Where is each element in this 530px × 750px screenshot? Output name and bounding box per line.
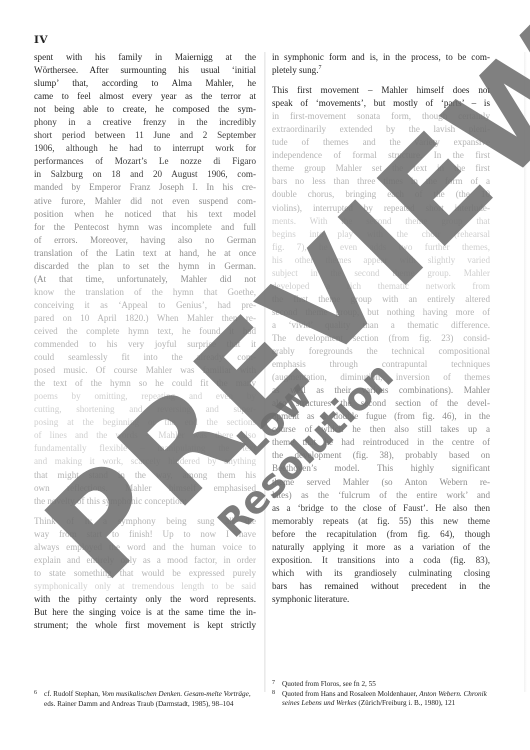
text-line: in Salzburg on 18 and 20 August 1906, co… bbox=[34, 168, 256, 181]
footnote-mark: 6 bbox=[34, 689, 40, 708]
text-line: also structures the second section of th… bbox=[272, 397, 490, 410]
text-line: extraordinarily extended by the lavish p… bbox=[272, 123, 490, 136]
text-line: posing at the beginning or the end the s… bbox=[34, 416, 256, 429]
text-line: bars has remained without precedent in t… bbox=[272, 580, 490, 593]
text-line: conceiving it as ‘Appeal to Genius’, had… bbox=[34, 299, 256, 312]
footnote-text: Quoted from Hans and Rosaleen Moldenhaue… bbox=[282, 690, 490, 709]
text-line: phony in a creative frenzy in the incred… bbox=[34, 116, 256, 129]
right-text-column: in symphonic form and is, in the process… bbox=[272, 51, 490, 606]
text-line: bars no less than three times in the for… bbox=[272, 175, 490, 188]
text-line: own reflections. Mahler himself emphasis… bbox=[34, 482, 256, 495]
footnote-mark: 8 bbox=[272, 689, 278, 708]
text-line: position when he noticed that his text m… bbox=[34, 208, 256, 221]
page-number: IV bbox=[34, 34, 48, 46]
text-line: The development section (from fig. 23) c… bbox=[272, 332, 490, 345]
text-line: the development (fig. 38), probably base… bbox=[272, 449, 490, 462]
footnote-reference[interactable]: 7 bbox=[318, 65, 321, 71]
text-line: tude of themes and the variety expansive bbox=[272, 136, 490, 149]
text-line: of errors. Moreover, having also no Germ… bbox=[34, 234, 256, 247]
footnote-text-part: Quoted from Hans and Rosaleen Moldenhaue… bbox=[282, 690, 419, 698]
text-line: exposition. It transitions into a coda (… bbox=[272, 554, 490, 567]
text-line: symphonic literature. bbox=[272, 593, 490, 606]
text-line: lates) as the ‘fulcrum of the entire wor… bbox=[272, 489, 490, 502]
footnote-text: Quoted from Floros, see fn 2, 55 bbox=[282, 680, 490, 690]
footnote-text: cf. Rudolf Stephan, Vom musikalischen De… bbox=[44, 690, 256, 709]
quote-line: symphonically only at tremendous length … bbox=[34, 580, 256, 593]
text-line: commended to his very joyful surprise th… bbox=[34, 338, 256, 351]
text-line: in first-movement sonata form, though ce… bbox=[272, 110, 490, 123]
text-line: his other themes appear with slightly va… bbox=[272, 254, 490, 267]
footnote-text-part: (Zürich/Freiburg i. B., 1980), 121 bbox=[357, 699, 456, 707]
text-line: memorably repeats (at fig. 55) this new … bbox=[272, 515, 490, 528]
text-line: subject in the second theme group. Mahle… bbox=[272, 267, 490, 280]
text-line-content: pletely sung. bbox=[272, 65, 318, 75]
text-line: pared on 10 April 1820.) When Mahler the… bbox=[34, 312, 256, 325]
text-line: which with its grandiosely culminating c… bbox=[272, 567, 490, 580]
text-line: Beethoven’s model. This highly significa… bbox=[272, 462, 490, 475]
text-line: performances of Mozart’s Le nozze di Fig… bbox=[34, 155, 256, 168]
column-divider bbox=[264, 52, 266, 692]
page-edge-shadow bbox=[524, 52, 527, 692]
text-line: posed music. Of course Mahler was famili… bbox=[34, 364, 256, 377]
footnotes-right: 7 Quoted from Floros, see fn 2, 55 8 Quo… bbox=[272, 680, 490, 709]
quote-line: But here the singing voice is at the sam… bbox=[34, 606, 256, 619]
text-line: the text of the hymn so he could fit the… bbox=[34, 377, 256, 390]
text-line: ments. With the second theme group that bbox=[272, 215, 490, 228]
text-line: (At that time, unfortunately, Mahler did… bbox=[34, 273, 256, 286]
text-line: slump’ that, according to Alma Mahler, h… bbox=[34, 77, 256, 90]
text-line: speak of ‘movements’, but mostly of ‘par… bbox=[272, 97, 490, 110]
text-line: know the translation of the hymn that Go… bbox=[34, 286, 256, 299]
quote-line: always employed the word and the human v… bbox=[34, 541, 256, 554]
text-line: came to feel almost every year as the te… bbox=[34, 90, 256, 103]
quote-line: with the pithy certainty only the word r… bbox=[34, 593, 256, 606]
text-line: course of which he then also still takes… bbox=[272, 423, 490, 436]
text-line: a ‘vivid’ quality than a thematic differ… bbox=[272, 319, 490, 332]
block-quote: Think of it: a symphony being sung all t… bbox=[34, 515, 256, 632]
text-line: cutting, shortening and reversing and su… bbox=[34, 403, 256, 416]
text-line: second theme group, but nothing having m… bbox=[272, 306, 490, 319]
quote-line: Think of it: a symphony being sung all t… bbox=[34, 515, 256, 528]
text-line: pletely sung.7 bbox=[272, 64, 490, 77]
text-line: opment as a double fugue (from fig. 46),… bbox=[272, 410, 490, 423]
text-line: for the Pentecost hymn was incomplete an… bbox=[34, 221, 256, 234]
text-line: Wörthersee. After surmounting his usual … bbox=[34, 64, 256, 77]
text-line: manded by Emperor Franz Joseph I. In his… bbox=[34, 181, 256, 194]
quote-line: to state something that would be express… bbox=[34, 567, 256, 580]
text-line: of lines and the words – Mahler was ther… bbox=[34, 429, 256, 442]
text-line: ative furore, Mahler did not even suspen… bbox=[34, 195, 256, 208]
text-line: violins), interrupted by repeated short … bbox=[272, 202, 490, 215]
text-line: double chorus, bringing each of the (the… bbox=[272, 188, 490, 201]
footnote-mark: 7 bbox=[272, 679, 278, 689]
body-paragraph: This first movement – Mahler himself doe… bbox=[272, 84, 490, 606]
text-line: in symphonic form and is, in the process… bbox=[272, 51, 490, 64]
quote-line: strument; the whole first movement is ke… bbox=[34, 619, 256, 632]
text-line: fig. 7), he even adds two further themes… bbox=[272, 241, 490, 254]
body-paragraph: in symphonic form and is, in the process… bbox=[272, 51, 490, 77]
text-line: theme group Mahler set the text in the f… bbox=[272, 162, 490, 175]
text-line: translation of the Latin text at hand, h… bbox=[34, 247, 256, 260]
text-line: theme that he had reintroduced in the ce… bbox=[272, 436, 490, 449]
text-line: short period between 11 June and 2 Septe… bbox=[34, 129, 256, 142]
text-line: 1906, although he had to interrupt work … bbox=[34, 142, 256, 155]
footnote: 8 Quoted from Hans and Rosaleen Moldenha… bbox=[272, 690, 490, 709]
quote-line: explain and entirely only as a mood fact… bbox=[34, 554, 256, 567]
text-line: the novelty of this symphonic conception… bbox=[34, 495, 256, 508]
footnotes-left: 6 cf. Rudolf Stephan, Vom musikalischen … bbox=[34, 690, 256, 709]
text-line: could seamlessly fit into the already co… bbox=[34, 351, 256, 364]
quote-line: way from start to finish! Up to now I ha… bbox=[34, 528, 256, 541]
footnote: 6 cf. Rudolf Stephan, Vom musikalischen … bbox=[34, 690, 256, 709]
text-line: the first theme group with an entirely a… bbox=[272, 293, 490, 306]
text-line: as well as their various combinations). … bbox=[272, 384, 490, 397]
document-page: IV spent with his family in Maiernigg at… bbox=[0, 0, 530, 750]
text-line: poems by omitting, repeating and even by bbox=[34, 390, 256, 403]
text-line: begins into play with the choir (rehears… bbox=[272, 228, 490, 241]
text-line: spent with his family in Maiernigg at th… bbox=[34, 51, 256, 64]
text-line: independence of formal structure. In the… bbox=[272, 149, 490, 162]
left-text-column: spent with his family in Maiernigg at th… bbox=[34, 51, 256, 632]
text-line: erably foregrounds the technical composi… bbox=[272, 345, 490, 358]
text-line: developed a rich thematic network from bbox=[272, 280, 490, 293]
footnote-title: Vom musikalischen Denken. Gesam-melte Vo… bbox=[102, 690, 249, 698]
text-line: as a ‘bridge to the close of Faust’. He … bbox=[272, 502, 490, 515]
text-line: not being able to create, he composed th… bbox=[34, 103, 256, 116]
text-line: naturally applying it more as a variatio… bbox=[272, 541, 490, 554]
text-line: that might stand in the way, among them … bbox=[34, 469, 256, 482]
footnote: 7 Quoted from Floros, see fn 2, 55 bbox=[272, 680, 490, 690]
text-line: discarded the plan to set the hymn in Ge… bbox=[34, 260, 256, 273]
text-line: This first movement – Mahler himself doe… bbox=[272, 84, 490, 97]
text-line: (augmentation, diminution, inversion of … bbox=[272, 371, 490, 384]
text-line: ceived the complete hymn text, he found … bbox=[34, 325, 256, 338]
footnote-text-part: Quoted from Floros, see fn 2, 55 bbox=[282, 680, 376, 688]
text-line: theme served Mahler (so Anton Webern re- bbox=[272, 476, 490, 489]
text-line: and making it work, scarcely hindered by… bbox=[34, 455, 256, 468]
text-line: fundamentally flexible – manipulating th… bbox=[34, 442, 256, 455]
text-line: before the recapitulation (from fig. 64)… bbox=[272, 528, 490, 541]
footnote-text-part: cf. Rudolf Stephan, bbox=[44, 690, 102, 698]
text-line: emphasis through contrapuntal techniques bbox=[272, 358, 490, 371]
body-paragraph: spent with his family in Maiernigg at th… bbox=[34, 51, 256, 508]
